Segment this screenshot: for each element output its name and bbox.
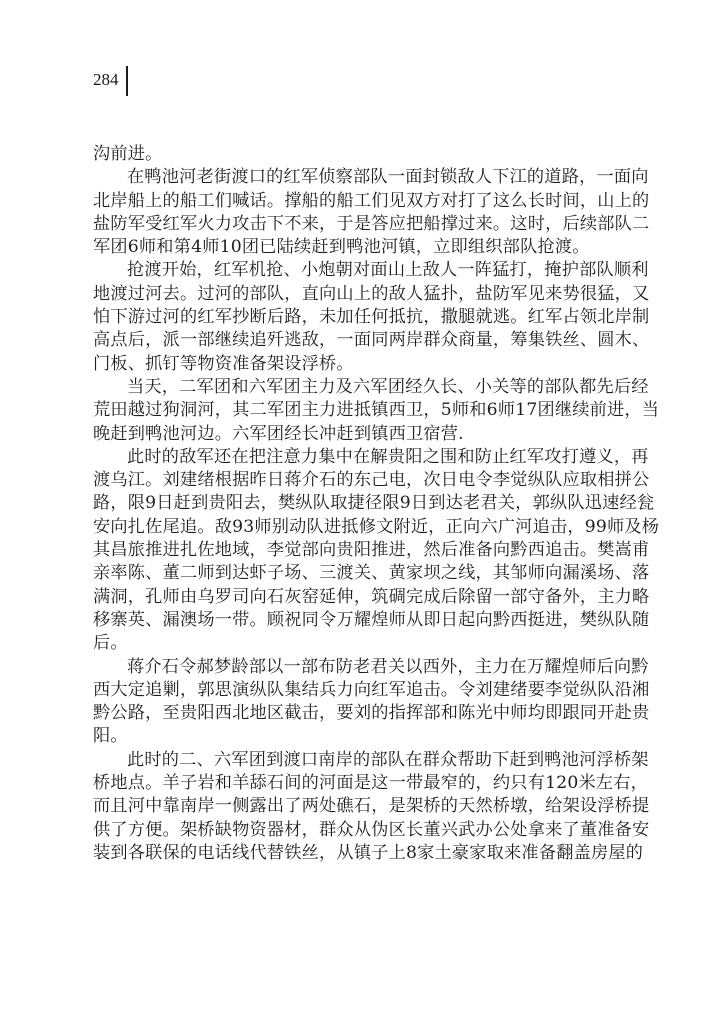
text-line: 黔公路，至贵阳西北地区截击，要刘的指挥部和陈光中师均即跟同开赴贵 <box>93 702 613 725</box>
paragraph-first-line: 此时的敌军还在把注意力集中在解贵阳之围和防止红军攻打遵义，再 <box>93 446 613 469</box>
text-line: 其昌旅推进扎佐地域，李觉部向贵阳推进，然后准备向黔西追击。樊嵩甫 <box>93 539 613 562</box>
text-line: 而且河中靠南岸一侧露出了两处礁石，是架桥的天然桥墩，给架设浮桥提 <box>93 795 613 818</box>
paragraph-first-line: 在鸭池河老街渡口的红军侦察部队一面封锁敌人下江的道路，一面向 <box>93 166 613 189</box>
body-text: 沟前进。在鸭池河老街渡口的红军侦察部队一面封锁敌人下江的道路，一面向北岸船上的船… <box>93 143 613 865</box>
text-line: 后。 <box>93 632 613 655</box>
text-line: 门板、抓钉等物资准备架设浮桥。 <box>93 353 613 376</box>
text-line: 装到各联保的电话线代替铁丝，从镇子上8家土豪家取来准备翻盖房屋的 <box>93 842 613 865</box>
text-line: 阳。 <box>93 725 613 748</box>
paragraph-first-line: 抢渡开始，红军机抢、小炮朝对面山上敌人一阵猛打，掩护部队顺利 <box>93 259 613 282</box>
text-line: 军团6师和第4师10团已陆续赶到鸭池河镇，立即组织部队抢渡。 <box>93 236 613 259</box>
text-line: 沟前进。 <box>93 143 613 166</box>
text-line: 渡乌江。刘建绪根据昨日蒋介石的东己电，次日电令李觉纵队应取相拼公 <box>93 469 613 492</box>
text-line: 安向扎佐尾追。敌93师别动队进抵修文附近，正向六广河追击，99师及杨 <box>93 516 613 539</box>
text-line: 路，限9日赶到贵阳去，樊纵队取捷径限9日到达老君关，郭纵队迅速经瓮 <box>93 492 613 515</box>
text-line: 怕下游过河的红军抄断后路，未加任何抵抗，撒腿就逃。红军占领北岸制 <box>93 306 613 329</box>
page-number-divider <box>126 66 128 96</box>
text-line: 桥地点。羊子岩和羊舔石间的河面是这一带最窄的，约只有120米左右， <box>93 772 613 795</box>
text-line: 晚赶到鸭池河边。六军团经长冲赶到镇西卫宿营. <box>93 423 613 446</box>
text-line: 北岸船上的船工们喊话。撑船的船工们见双方对打了这么长时间，山上的 <box>93 190 613 213</box>
text-line: 高点后，派一部继续追歼逃敌，一面同两岸群众商量，筹集铁丝、圆木、 <box>93 329 613 352</box>
paragraph-first-line: 蒋介石令郝梦龄部以一部布防老君关以西外，主力在万耀煌师后向黔 <box>93 656 613 679</box>
text-line: 满洞，孔师由乌罗司向石灰窑延伸，筑碉完成后除留一部守备外，主力略 <box>93 586 613 609</box>
text-line: 供了方便。架桥缺物资器材，群众从伪区长董兴武办公处拿来了董准备安 <box>93 819 613 842</box>
page-number: 284 <box>93 70 119 90</box>
paragraph-first-line: 当天，二军团和六军团主力及六军团经久长、小关等的部队都先后经 <box>93 376 613 399</box>
text-line: 移寨英、漏澳场一带。顾祝同令万耀煌师从即日起向黔西挺进，樊纵队随 <box>93 609 613 632</box>
text-line: 荒田越过狗洞河，其二军团主力进抵镇西卫，5师和6师17团继续前进，当 <box>93 399 613 422</box>
paragraph-first-line: 此时的二、六军团到渡口南岸的部队在群众帮助下赶到鸭池河浮桥架 <box>93 749 613 772</box>
text-line: 盐防军受红军火力攻击下不来，于是答应把船撑过来。这时，后续部队二 <box>93 213 613 236</box>
text-line: 西大定追剿，郭思演纵队集结兵力向红军追击。令刘建绪要李觉纵队沿湘 <box>93 679 613 702</box>
text-line: 亲率陈、董二师到达虾子场、三渡关、黄家坝之线，其邹师向漏溪场、落 <box>93 562 613 585</box>
text-line: 地渡过河去。过河的部队，直向山上的敌人猛扑，盐防军见来势很猛，又 <box>93 283 613 306</box>
